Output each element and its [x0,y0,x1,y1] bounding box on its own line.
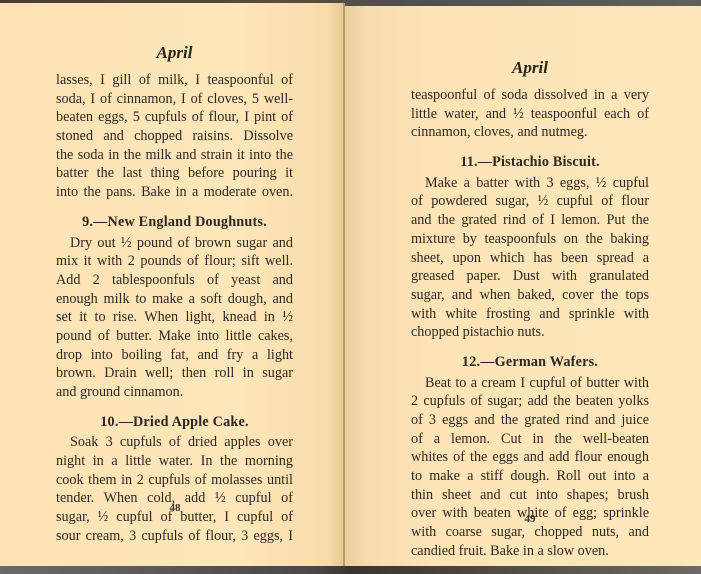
text-line: mix it with 2 pounds of flour; sift well… [56,252,293,271]
text-line: Soak 3 cupfuls of dried apples over [56,433,293,452]
text-line: whites of the eggs and add flour enough [411,448,649,467]
right-page-text: teaspoonful of soda dissolved in a very … [411,86,649,561]
text-line: stoned and chopped raisins. Dissolve [56,127,293,146]
recipe-heading: 11.—Pistachio Biscuit. [411,153,649,172]
text-line: candied fruit. Bake in a slow oven. [411,542,649,561]
text-line: 2 cupfuls of sugar; add the beaten yolks [411,392,649,411]
text-line: of powdered sugar, ½ cupful of flour [411,192,649,211]
text-line: night in a little water. In the morning [56,452,293,471]
text-line: set it to rise. When light, knead in ½ [56,308,293,327]
text-line: thin sheet and cut into shapes; brush [411,486,649,505]
text-line: little water, and ½ teaspoonful each of [411,105,649,124]
left-page: April lasses, I gill of milk, I teaspoon… [0,3,344,567]
text-line: beaten eggs, 5 cupfuls of flour, I pint … [56,108,293,127]
text-line: batter the last thing before pouring it [56,164,293,183]
text-line: of 3 eggs and the grated rind and juice [411,411,649,430]
text-line: greased paper. Dust with granulated [411,267,649,286]
text-line: into the pans. Bake in a moderate oven. [56,183,293,202]
text-line: the soda in the milk and strain it into … [56,146,293,165]
text-line: enough milk to make a soft dough, and [56,290,293,309]
recipe-heading: 9.—New England Doughnuts. [56,213,293,232]
text-line: sour cream, 3 cupfuls of flour, 3 eggs, … [56,527,293,546]
text-line: and the grated rind of I lemon. Put the [411,211,649,230]
text-line: of a lemon. Cut in the well-beaten [411,430,649,449]
text-line: teaspoonful of soda dissolved in a very [411,86,649,105]
book-bottom-edge [0,566,701,574]
text-line: mixture by teaspoonfuls on the baking [411,230,649,249]
text-line: Dry out ½ pound of brown sugar and [56,234,293,253]
text-line: brown. Drain well; then roll in sugar [56,364,293,383]
running-head: April [411,58,649,78]
text-line: with coarse sugar, chopped nuts, and [411,523,649,542]
text-line: Make a batter with 3 eggs, ½ cupful [411,174,649,193]
text-line: lasses, I gill of milk, I teaspoonful of [56,71,293,90]
text-line: pound of butter. Make into little cakes, [56,327,293,346]
text-line: with white frosting and sprinkle with [411,305,649,324]
page-number: 49 [505,513,555,525]
text-line: cinnamon, cloves, and nutmeg. [411,123,649,142]
text-line: drop into boiling fat, and fry a light [56,346,293,365]
text-line: and ground cinnamon. [56,383,293,402]
page-number: 48 [150,502,200,514]
text-line: sheet, upon which has been spread a [411,249,649,268]
running-head: April [56,43,293,63]
text-line: cook them in 2 cupfuls of molasses until [56,471,293,490]
text-line: to make a stiff dough. Roll out into a [411,467,649,486]
text-line: Beat to a cream I cupful of butter with [411,374,649,393]
right-page: April teaspoonful of soda dissolved in a… [345,6,701,566]
text-line: sugar, and when baked, cover the tops [411,286,649,305]
recipe-heading: 10.—Dried Apple Cake. [56,413,293,432]
text-line: Add 2 tablespoonfuls of yeast and [56,271,293,290]
text-line: soda, I of cinnamon, I of cloves, 5 well… [56,90,293,109]
recipe-heading: 12.—German Wafers. [411,353,649,372]
text-line: chopped pistachio nuts. [411,323,649,342]
left-page-text: lasses, I gill of milk, I teaspoonful of… [56,71,293,546]
